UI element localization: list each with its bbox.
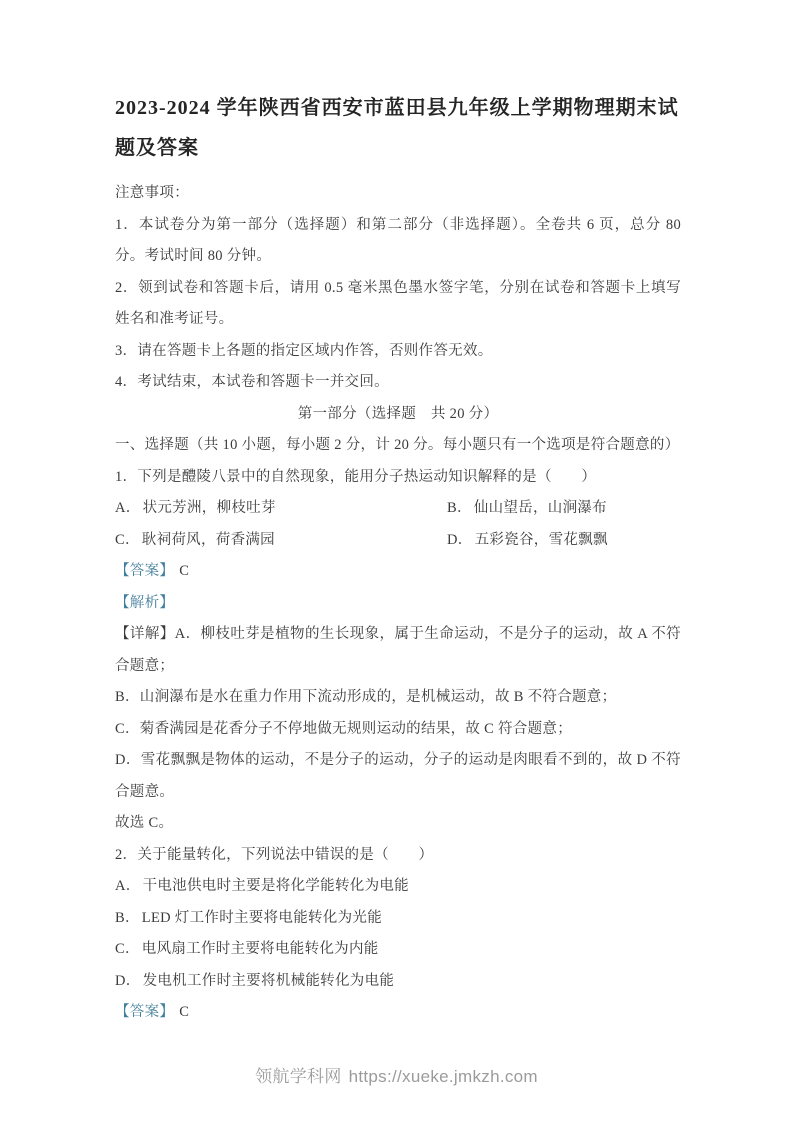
section-instruction: 一、选择题（共 10 小题，每小题 2 分，计 20 分。每小题只有一个选项是符… bbox=[115, 430, 681, 462]
page-title: 2023-2024 学年陕西省西安市蓝田县九年级上学期物理期末试题及答案 bbox=[115, 88, 681, 168]
option-text: 仙山望岳，山涧瀑布 bbox=[474, 500, 607, 516]
option-text: LED 灯工作时主要将电能转化为光能 bbox=[142, 910, 382, 926]
option-a: A．干电池供电时主要是将化学能转化为电能 bbox=[115, 871, 681, 903]
option-d: D．五彩瓷谷，雪花飘飘 bbox=[447, 525, 681, 557]
option-label: A． bbox=[115, 500, 141, 516]
detail-text: A．柳枝吐芽是植物的生长现象，属于生命运动，不是分子的运动，故 A 不符合题意； bbox=[115, 626, 681, 674]
option-c: C．耿祠荷风，荷香满园 bbox=[115, 525, 447, 557]
question-stem: 2．关于能量转化，下列说法中错误的是（ ） bbox=[115, 840, 681, 872]
document-content: 2023-2024 学年陕西省西安市蓝田县九年级上学期物理期末试题及答案 注意事… bbox=[0, 0, 793, 1029]
option-text: 发电机工作时主要将机械能转化为电能 bbox=[143, 973, 395, 989]
option-a: A．状元芳洲，柳枝吐芽 bbox=[115, 493, 447, 525]
option-label: D． bbox=[447, 532, 473, 548]
question-stem: 1．下列是醴陵八景中的自然现象，能用分子热运动知识解释的是（ ） bbox=[115, 462, 681, 494]
section-heading: 第一部分（选择题 共 20 分） bbox=[115, 399, 681, 431]
option-label: B． bbox=[115, 910, 140, 926]
detail-paragraph: C．菊香满园是花香分子不停地做无规则运动的结果，故 C 符合题意； bbox=[115, 714, 681, 746]
detail-conclusion: 故选 C。 bbox=[115, 808, 681, 840]
footer-site-url: https://xueke.jmkzh.com bbox=[349, 1067, 538, 1086]
option-b: B．LED 灯工作时主要将电能转化为光能 bbox=[115, 903, 681, 935]
detail-paragraph: 【详解】A．柳枝吐芽是植物的生长现象，属于生命运动，不是分子的运动，故 A 不符… bbox=[115, 619, 681, 682]
option-c: C．电风扇工作时主要将电能转化为内能 bbox=[115, 934, 681, 966]
answer-line: 【答案】C bbox=[115, 556, 681, 588]
note-item: 2．领到试卷和答题卡后，请用 0.5 毫米黑色墨水签字笔，分别在试卷和答题卡上填… bbox=[115, 273, 681, 336]
option-text: 耿祠荷风，荷香满园 bbox=[142, 532, 275, 548]
note-item: 3．请在答题卡上各题的指定区域内作答，否则作答无效。 bbox=[115, 336, 681, 368]
analysis-label: 【解析】 bbox=[115, 595, 174, 611]
note-item: 1．本试卷分为第一部分（选择题）和第二部分（非选择题）。全卷共 6 页，总分 8… bbox=[115, 210, 681, 273]
option-text: 五彩瓷谷，雪花飘飘 bbox=[475, 532, 608, 548]
detail-paragraph: B．山涧瀑布是水在重力作用下流动形成的，是机械运动，故 B 不符合题意； bbox=[115, 682, 681, 714]
option-label: C． bbox=[115, 532, 140, 548]
answer-value: C bbox=[179, 1004, 189, 1020]
note-item: 4．考试结束，本试卷和答题卡一并交回。 bbox=[115, 367, 681, 399]
footer: 领航学科网https://xueke.jmkzh.com bbox=[0, 1062, 793, 1087]
answer-label: 【答案】 bbox=[115, 563, 174, 579]
answer-label: 【答案】 bbox=[115, 1004, 174, 1020]
question-options: A．状元芳洲，柳枝吐芽 B．仙山望岳，山涧瀑布 C．耿祠荷风，荷香满园 D．五彩… bbox=[115, 493, 681, 556]
option-label: D． bbox=[115, 973, 141, 989]
option-text: 干电池供电时主要是将化学能转化为电能 bbox=[143, 878, 409, 894]
option-b: B．仙山望岳，山涧瀑布 bbox=[447, 493, 681, 525]
answer-line: 【答案】C bbox=[115, 997, 681, 1029]
question-options: A．干电池供电时主要是将化学能转化为电能 B．LED 灯工作时主要将电能转化为光… bbox=[115, 871, 681, 997]
option-text: 电风扇工作时主要将电能转化为内能 bbox=[142, 941, 379, 957]
detail-paragraph: D．雪花飘飘是物体的运动，不是分子的运动，分子的运动是肉眼看不到的，故 D 不符… bbox=[115, 745, 681, 808]
detail-label: 【详解】 bbox=[115, 626, 175, 642]
option-label: B． bbox=[447, 500, 472, 516]
footer-site-name: 领航学科网 bbox=[255, 1067, 342, 1086]
exam-document-page: 2023-2024 学年陕西省西安市蓝田县九年级上学期物理期末试题及答案 注意事… bbox=[0, 0, 793, 1122]
analysis-line: 【解析】 bbox=[115, 588, 681, 620]
option-d: D．发电机工作时主要将机械能转化为电能 bbox=[115, 966, 681, 998]
option-text: 状元芳洲，柳枝吐芽 bbox=[143, 500, 276, 516]
option-label: A． bbox=[115, 878, 141, 894]
answer-value: C bbox=[179, 563, 189, 579]
option-label: C． bbox=[115, 941, 140, 957]
notes-heading: 注意事项： bbox=[115, 178, 681, 210]
